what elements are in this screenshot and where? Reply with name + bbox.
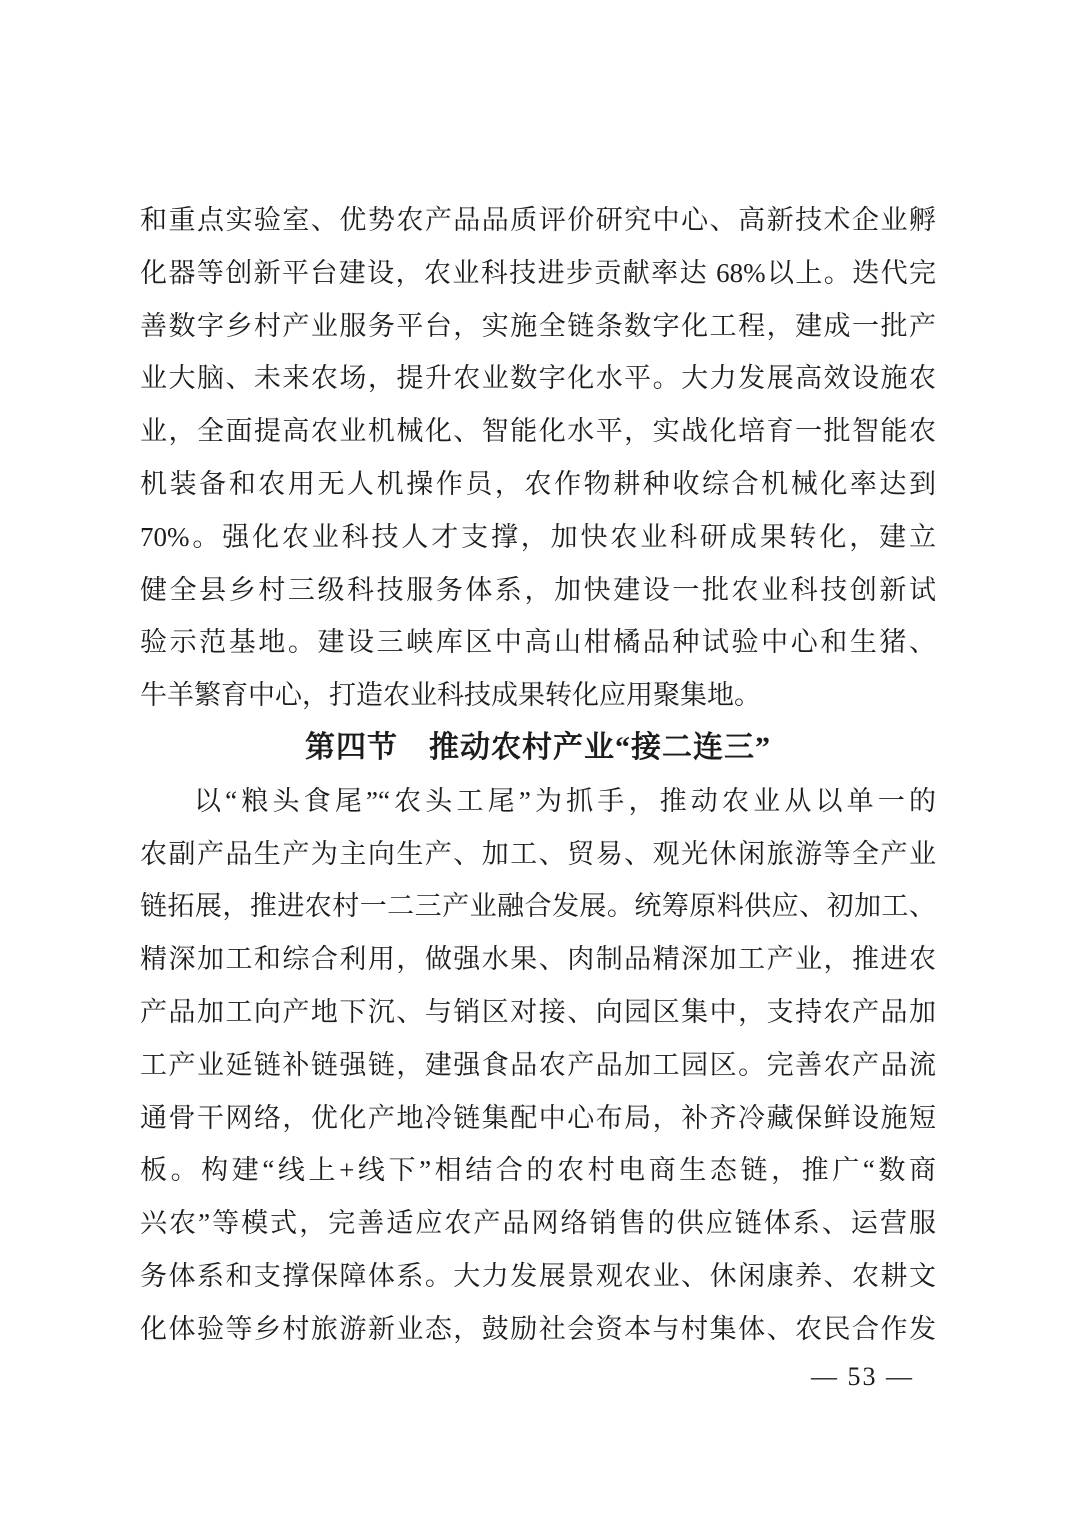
body-line: 精深加工和综合利用，做强水果、肉制品精深加工产业，推进农 xyxy=(140,933,936,986)
body-line: 农副产品生产为主向生产、加工、贸易、观光休闲旅游等全产业 xyxy=(140,828,936,881)
body-line: 和重点实验室、优势农产品品质评价研究中心、高新技术企业孵 xyxy=(140,194,936,247)
body-line: 工产业延链补链强链，建强食品农产品加工园区。完善农产品流 xyxy=(140,1039,936,1092)
body-line: 健全县乡村三级科技服务体系，加快建设一批农业科技创新试 xyxy=(140,564,936,617)
body-line: 板。构建“线上+线下”相结合的农村电商生态链，推广“数商 xyxy=(140,1144,936,1197)
body-line: 牛羊繁育中心，打造农业科技成果转化应用聚集地。 xyxy=(140,669,936,722)
body-line: 化器等创新平台建设，农业科技进步贡献率达 68%以上。迭代完 xyxy=(140,247,936,300)
body-line: 以“粮头食尾”“农头工尾”为抓手，推动农业从以单一的 xyxy=(140,775,936,828)
body-line: 化体验等乡村旅游新业态，鼓励社会资本与村集体、农民合作发 xyxy=(140,1303,936,1356)
body-line: 70%。强化农业科技人才支撑，加快农业科研成果转化，建立 xyxy=(140,511,936,564)
body-line: 业大脑、未来农场，提升农业数字化水平。大力发展高效设施农 xyxy=(140,352,936,405)
paragraph-rural-industry-fusion: 以“粮头食尾”“农头工尾”为抓手，推动农业从以单一的 农副产品生产为主向生产、加… xyxy=(140,775,936,1356)
body-line: 兴农”等模式，完善适应农产品网络销售的供应链体系、运营服 xyxy=(140,1197,936,1250)
body-line: 机装备和农用无人机操作员，农作物耕种收综合机械化率达到 xyxy=(140,458,936,511)
body-line: 链拓展，推进农村一二三产业融合发展。统筹原料供应、初加工、 xyxy=(140,880,936,933)
body-line: 通骨干网络，优化产地冷链集配中心布局，补齐冷藏保鲜设施短 xyxy=(140,1092,936,1145)
body-line: 善数字乡村产业服务平台，实施全链条数字化工程，建成一批产 xyxy=(140,300,936,353)
body-line: 产品加工向产地下沉、与销区对接、向园区集中，支持农产品加 xyxy=(140,986,936,1039)
section-heading: 第四节 推动农村产业“接二连三” xyxy=(140,722,936,775)
body-line: 业，全面提高农业机械化、智能化水平，实战化培育一批智能农 xyxy=(140,405,936,458)
page-body: 和重点实验室、优势农产品品质评价研究中心、高新技术企业孵 化器等创新平台建设，农… xyxy=(140,194,936,1356)
document-page: 和重点实验室、优势农产品品质评价研究中心、高新技术企业孵 化器等创新平台建设，农… xyxy=(0,0,1074,1520)
body-line: 务体系和支撑保障体系。大力发展景观农业、休闲康养、农耕文 xyxy=(140,1250,936,1303)
page-number: — 53 — xyxy=(811,1362,914,1392)
paragraph-agri-science-tech: 和重点实验室、优势农产品品质评价研究中心、高新技术企业孵 化器等创新平台建设，农… xyxy=(140,194,936,722)
body-line: 验示范基地。建设三峡库区中高山柑橘品种试验中心和生猪、 xyxy=(140,616,936,669)
